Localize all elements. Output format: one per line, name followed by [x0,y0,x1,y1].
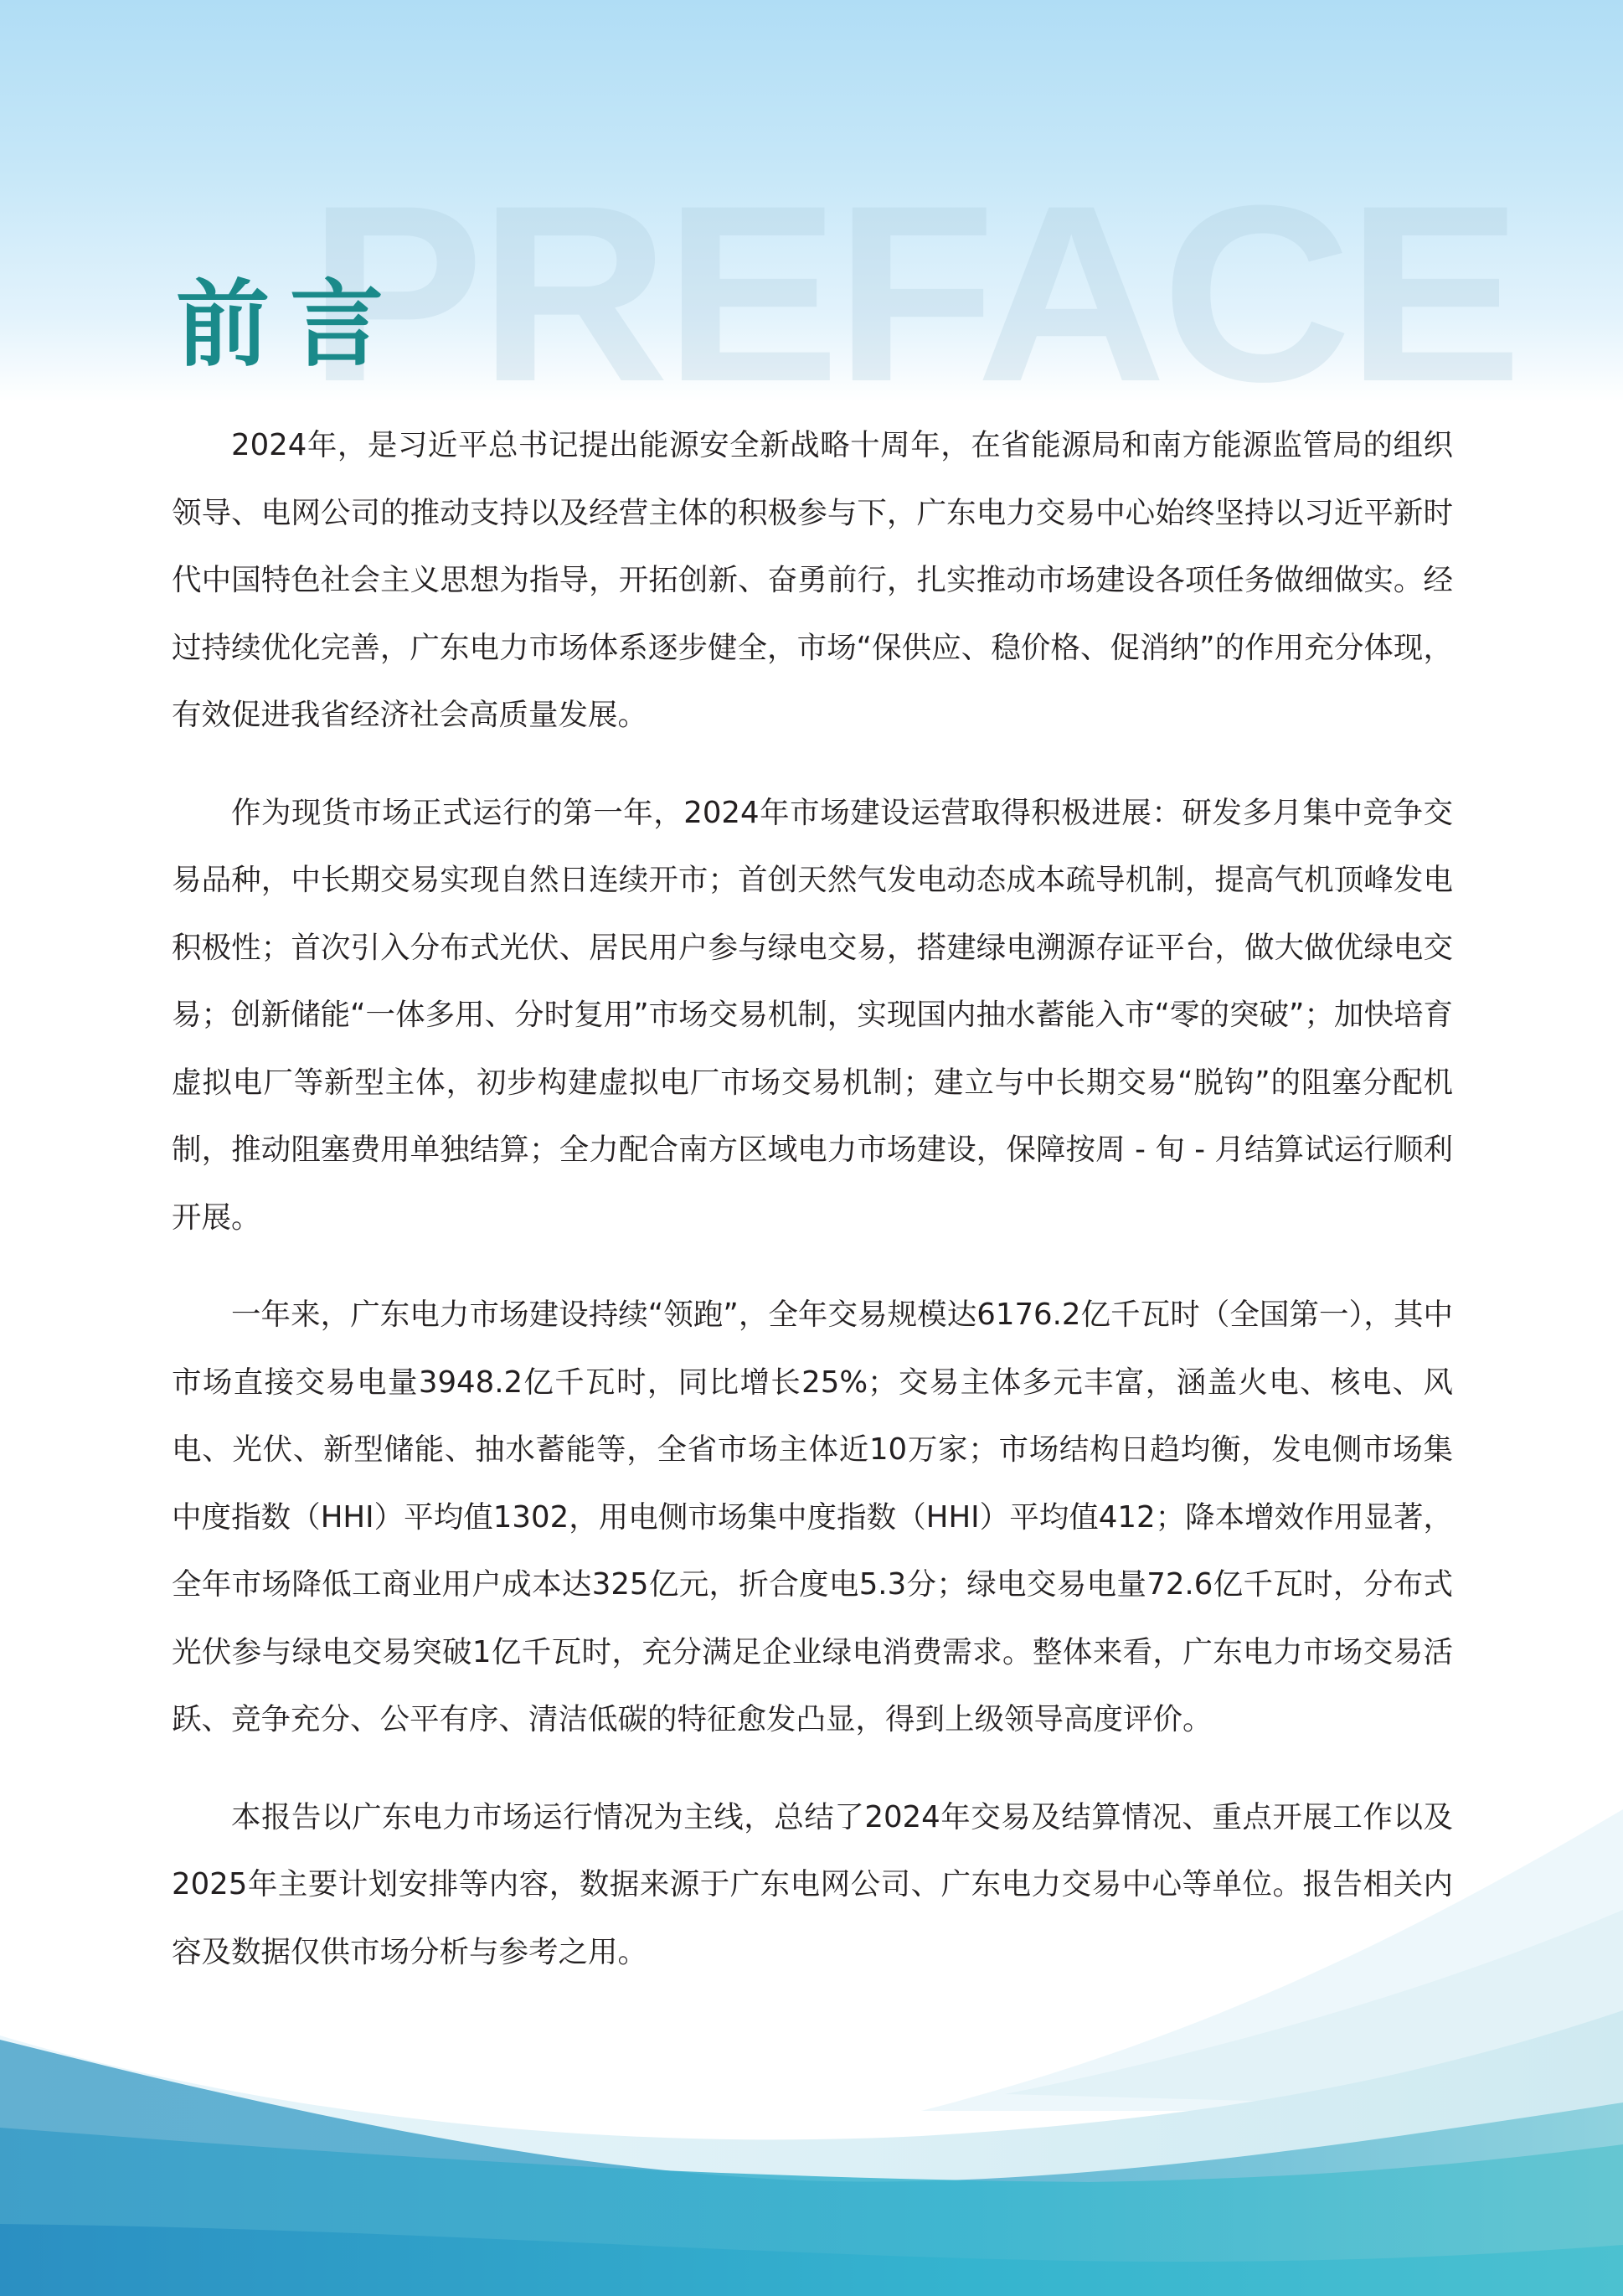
paragraph-achievements: 一年来，广东电力市场建设持续“领跑”，全年交易规模达6176.2亿千瓦时（全国第… [172,1282,1453,1754]
paragraph-intro: 2024年，是习近平总书记提出能源安全新战略十周年，在省能源局和南方能源监管局的… [172,412,1453,750]
page-title: 前言 [176,278,404,372]
paragraph-report-scope: 本报告以广东电力市场运行情况为主线，总结了2024年交易及结算情况、重点开展工作… [172,1784,1453,1987]
paragraph-progress: 作为现货市场正式运行的第一年，2024年市场建设运营取得积极进展：研发多月集中竞… [172,780,1453,1252]
preface-body: 2024年，是习近平总书记提出能源安全新战略十周年，在省能源局和南方能源监管局的… [172,412,1453,2016]
preface-watermark: PREFACE [308,168,1517,419]
